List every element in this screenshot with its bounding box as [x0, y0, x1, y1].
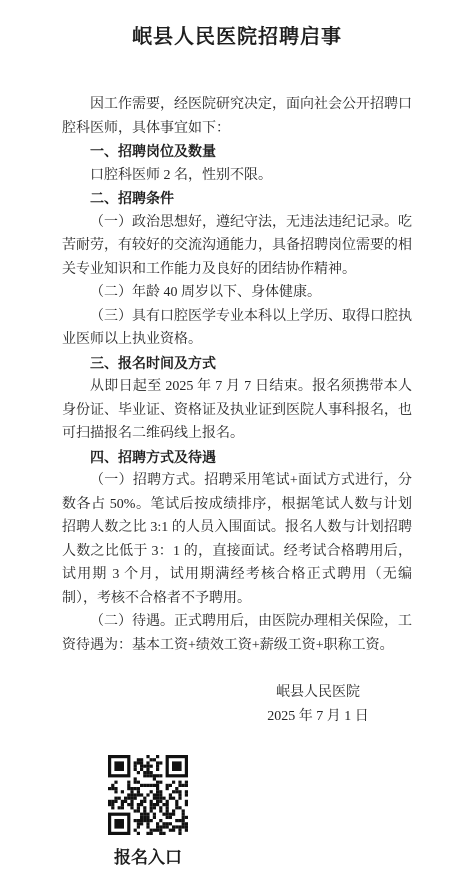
qr-label: 报名入口 [108, 846, 188, 870]
paragraph: （一）政治思想好，遵纪守法，无违法违纪记录。吃苦耐劳，有较好的交流沟通能力，具备… [62, 211, 412, 282]
section-heading-positions: 一、招聘岗位及数量 [62, 140, 412, 164]
registration-qr-code [108, 754, 188, 836]
qr-section: 报名入口 [108, 754, 188, 870]
section-method-benefits: 四、招聘方式及待遇 （一）招聘方式。招聘采用笔试+面试方式进行，分数各占 50%… [62, 446, 412, 658]
section-heading-registration: 三、报名时间及方式 [62, 352, 412, 376]
section-positions: 一、招聘岗位及数量 口腔科医师 2 名，性别不限。 [62, 140, 412, 187]
signature-org: 岷县人民医院 [223, 681, 413, 705]
paragraph: （二）待遇。正式聘用后，由医院办理相关保险，工资待遇为：基本工资+绩效工资+薪级… [62, 610, 412, 657]
paragraph: （三）具有口腔医学专业本科以上学历、取得口腔执业医师以上执业资格。 [62, 305, 412, 352]
section-heading-method-benefits: 四、招聘方式及待遇 [62, 446, 412, 470]
signature-date: 2025 年 7 月 1 日 [223, 705, 413, 729]
section-requirements: 二、招聘条件 （一）政治思想好，遵纪守法，无违法违纪记录。吃苦耐劳，有较好的交流… [62, 187, 412, 352]
paragraph: （二）年龄 40 周岁以下、身体健康。 [62, 281, 412, 305]
section-heading-requirements: 二、招聘条件 [62, 187, 412, 211]
paragraph: （一）招聘方式。招聘采用笔试+面试方式进行，分数各占 50%。笔试后按成绩排序，… [62, 469, 412, 610]
paragraph: 口腔科医师 2 名，性别不限。 [62, 164, 412, 188]
section-registration: 三、报名时间及方式 从即日起至 2025 年 7 月 7 日结束。报名须携带本人… [62, 352, 412, 446]
intro-paragraph: 因工作需要，经医院研究决定，面向社会公开招聘口腔科医师，具体事宜如下： [62, 93, 412, 140]
signature-block: 岷县人民医院 2025 年 7 月 1 日 [223, 681, 413, 728]
page-title: 岷县人民医院招聘启事 [62, 24, 412, 50]
document-body: 因工作需要，经医院研究决定，面向社会公开招聘口腔科医师，具体事宜如下： 一、招聘… [62, 93, 412, 657]
document-page: 岷县人民医院招聘启事 因工作需要，经医院研究决定，面向社会公开招聘口腔科医师，具… [0, 0, 468, 873]
paragraph: 从即日起至 2025 年 7 月 7 日结束。报名须携带本人身份证、毕业证、资格… [62, 375, 412, 446]
